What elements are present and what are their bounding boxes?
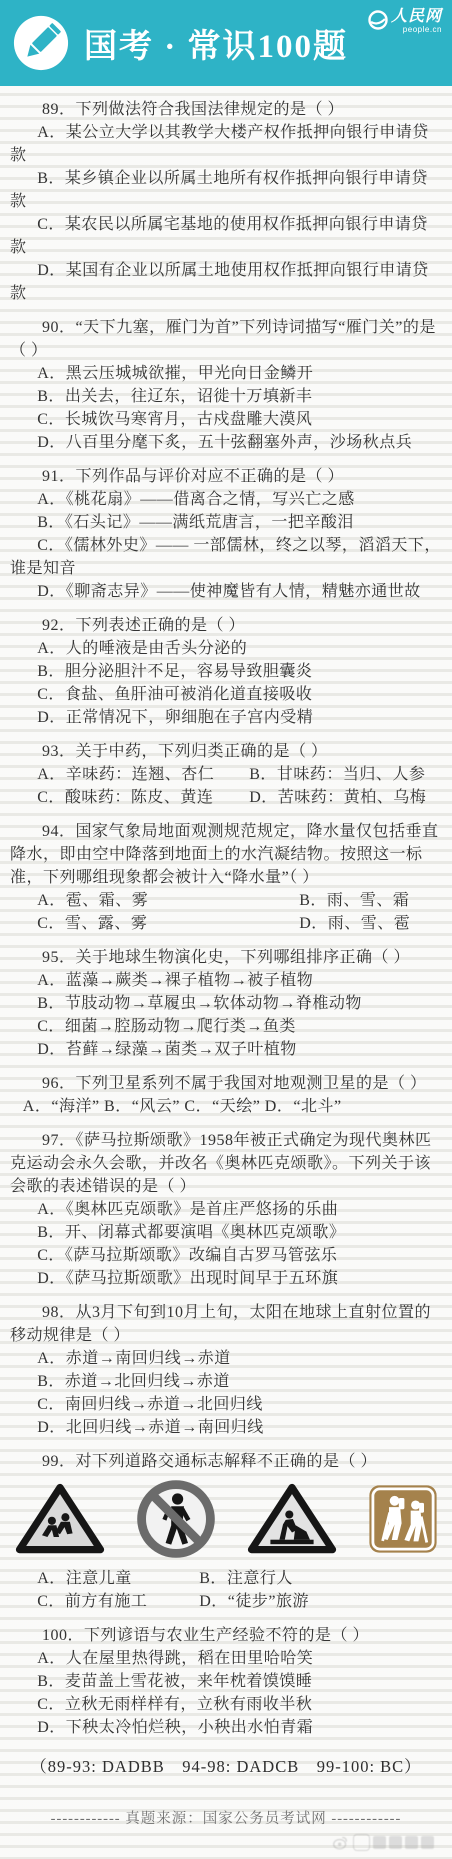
option: C．酸味药：陈皮、黄连 (37, 786, 249, 809)
question-96: 96．下列卫星系列不属于我国对地观测卫星的是（ ）A．“海洋” B．“风云” C… (10, 1072, 442, 1118)
option: A．某公立大学以其教学大楼产权作抵押向银行申请贷款 (10, 121, 442, 167)
option: B．某乡镇企业以所属土地所有权作抵押向银行申请贷款 (10, 167, 442, 213)
question-stem: 94．国家气象局地面观测规范规定，降水量仅包括垂直降水，即由空中降落到地面上的水… (10, 820, 442, 889)
page-title: 国考 · 常识100题 (84, 20, 348, 67)
option: A．赤道→南回归线→赤道 (10, 1347, 442, 1370)
pencil-icon (12, 14, 70, 72)
option: B．雨、雪、霜 (299, 892, 409, 909)
question-stem: 92．下列表述正确的是（ ） (10, 614, 442, 637)
option-row: C．雪、露、雾D．雨、雪、雹 (10, 912, 442, 935)
quiz-body: 89．下列做法符合我国法律规定的是（ ）A．某公立大学以其教学大楼产权作抵押向银… (0, 86, 452, 1859)
option: D．“徒步”旅游 (199, 1593, 309, 1610)
question-stem: 99．对下列道路交通标志解释不正确的是（ ） (10, 1450, 442, 1473)
options-inline: A．“海洋” B．“风云” C．“天绘” D．“北斗” (10, 1095, 442, 1118)
question-99: 99．对下列道路交通标志解释不正确的是（ ） (10, 1450, 442, 1613)
option: C．雪、露、雾 (37, 912, 299, 935)
question-stem: 89．下列做法符合我国法律规定的是（ ） (10, 98, 442, 121)
source-line: ------------ 真题来源：国家公务员考试网 ------------ (10, 1807, 442, 1828)
option-row: A．辛味药：连翘、杏仁B．甘味药：当归、人参 (10, 763, 442, 786)
question-93: 93．关于中药，下列归类正确的是（ ）A．辛味药：连翘、杏仁B．甘味药：当归、人… (10, 740, 442, 809)
watermark-glyph (389, 1836, 402, 1849)
option: A．蓝藻→蕨类→裸子植物→被子植物 (10, 969, 442, 992)
watermark-glyph (405, 1836, 418, 1849)
option: A．人的唾液是由舌头分泌的 (10, 637, 442, 660)
option: A．注意儿童 (37, 1567, 199, 1590)
option: B．出关去，往辽东，诏徙十万填新丰 (10, 385, 442, 408)
option: A．人在屋里热得跳，稻在田里哈哈笑 (10, 1647, 442, 1670)
option: C．前方有施工 (37, 1590, 199, 1613)
watermark-glyph (373, 1836, 386, 1849)
option: A．《桃花扇》——借离合之情，写兴亡之感 (10, 488, 442, 511)
option: C．《萨马拉斯颂歌》改编自古罗马管弦乐 (10, 1244, 442, 1267)
question-stem: 90．“天下九塞，雁门为首”下列诗词描写“雁门关”的是（ ） (10, 316, 442, 362)
option: C．细菌→腔肠动物→爬行类→鱼类 (10, 1015, 442, 1038)
question-stem: 91．下列作品与评价对应不正确的是（ ） (10, 465, 442, 488)
option-row: C．酸味药：陈皮、黄连D．苦味药：黄柏、乌梅 (10, 786, 442, 809)
question-list: 89．下列做法符合我国法律规定的是（ ）A．某公立大学以其教学大楼产权作抵押向银… (10, 98, 442, 1739)
option: A．辛味药：连翘、杏仁 (37, 763, 249, 786)
option: B．《石头记》——满纸荒唐言，一把辛酸泪 (10, 511, 442, 534)
question-97: 97．《萨马拉斯颂歌》1958年被正式确定为现代奥林匹克运动会永久会歌，并改名《… (10, 1129, 442, 1290)
question-stem: 93．关于中药，下列归类正确的是（ ） (10, 740, 442, 763)
question-98: 98．从3月下旬到10月上旬，太阳在地球上直射位置的移动规律是（ ）A．赤道→南… (10, 1301, 442, 1439)
question-stem: 100．下列谚语与农业生产经验不符的是（ ） (10, 1624, 442, 1647)
question-stem: 95．关于地球生物演化史，下列哪组排序正确（ ） (10, 946, 442, 969)
peoples-daily-logo: 人民网 people.cn (368, 9, 442, 34)
option: D．雨、雪、雹 (299, 915, 410, 932)
option-row: C．前方有施工D．“徒步”旅游 (10, 1590, 442, 1613)
option: B．赤道→北回归线→赤道 (10, 1370, 442, 1393)
road-work-sign-icon (246, 1483, 338, 1555)
question-stem: 96．下列卫星系列不属于我国对地观测卫星的是（ ） (10, 1072, 442, 1095)
option: D．苔藓→绿藻→菌类→双子叶植物 (10, 1038, 442, 1061)
traffic-signs-row (10, 1473, 442, 1567)
question-92: 92．下列表述正确的是（ ）A．人的唾液是由舌头分泌的B．胆分泌胆汁不足，容易导… (10, 614, 442, 729)
option: D．正常情况下，卵细胞在子宫内受精 (10, 706, 442, 729)
option: B．甘味药：当归、人参 (249, 766, 425, 783)
weibo-watermark (10, 1828, 442, 1859)
option: D．下秧太冷怕烂秧，小秧出水怕青霜 (10, 1716, 442, 1739)
option: B．注意行人 (199, 1570, 293, 1587)
option: D．《聊斋志异》——使神魔皆有人情，精魅亦通世故 (10, 580, 442, 603)
question-95: 95．关于地球生物演化史，下列哪组排序正确（ ）A．蓝藻→蕨类→裸子植物→被子植… (10, 946, 442, 1061)
option: D．北回归线→赤道→南回归线 (10, 1416, 442, 1439)
option: B．胆分泌胆汁不足，容易导致胆囊炎 (10, 660, 442, 683)
header-banner: 国考 · 常识100题 人民网 people.cn (0, 0, 452, 86)
option-row: A．注意儿童B．注意行人 (10, 1567, 442, 1590)
no-pedestrians-sign-icon (136, 1479, 216, 1559)
answer-key: （89-93: DADBB 94-98: DADCB 99-100: BC） (10, 1753, 442, 1777)
option: C．《儒林外史》—— 一部儒林，终之以琴，滔滔天下，谁是知音 (10, 534, 442, 580)
option: D．苦味药：黄柏、乌梅 (249, 789, 426, 806)
option: C．长城饮马寒宵月，古戍盘雕大漠风 (10, 408, 442, 431)
watermark-badge (353, 1834, 370, 1851)
option: D．《萨马拉斯颂歌》出现时间早于五环旗 (10, 1267, 442, 1290)
logo-name: 人民网 (391, 9, 442, 25)
option: A．黑云压城城欲摧，甲光向日金鳞开 (10, 362, 442, 385)
hiking-trail-sign-icon (368, 1484, 438, 1554)
option: C．食盐、鱼肝油可被消化道直接吸收 (10, 683, 442, 706)
option: A．《奥林匹克颂歌》是首庄严悠扬的乐曲 (10, 1198, 442, 1221)
question-90: 90．“天下九塞，雁门为首”下列诗词描写“雁门关”的是（ ）A．黑云压城城欲摧，… (10, 316, 442, 454)
weibo-icon (332, 1834, 349, 1851)
question-91: 91．下列作品与评价对应不正确的是（ ）A．《桃花扇》——借离合之情，写兴亡之感… (10, 465, 442, 603)
option: C．南回归线→赤道→北回归线 (10, 1393, 442, 1416)
question-100: 100．下列谚语与农业生产经验不符的是（ ）A．人在屋里热得跳，稻在田里哈哈笑B… (10, 1624, 442, 1739)
option: D．某国有企业以所属土地使用权作抵押向银行申请贷款 (10, 259, 442, 305)
question-89: 89．下列做法符合我国法律规定的是（ ）A．某公立大学以其教学大楼产权作抵押向银… (10, 98, 442, 305)
option: A．雹、霜、雾 (37, 889, 299, 912)
children-crossing-sign-icon (14, 1483, 106, 1555)
question-stem: 98．从3月下旬到10月上旬，太阳在地球上直射位置的移动规律是（ ） (10, 1301, 442, 1347)
question-94: 94．国家气象局地面观测规范规定，降水量仅包括垂直降水，即由空中降落到地面上的水… (10, 820, 442, 935)
option: B．节肢动物→草履虫→软体动物→脊椎动物 (10, 992, 442, 1015)
option: D．八百里分麾下炙，五十弦翻塞外声，沙场秋点兵 (10, 431, 442, 454)
watermark-glyph (421, 1836, 434, 1849)
option: C．立秋无雨样样有，立秋有雨收半秋 (10, 1693, 442, 1716)
option-row: A．雹、霜、雾B．雨、雪、霜 (10, 889, 442, 912)
logo-domain: people.cn (403, 26, 442, 34)
option: B．开、闭幕式都要演唱《奥林匹克颂歌》 (10, 1221, 442, 1244)
option: C．某农民以所属宅基地的使用权作抵押向银行申请贷款 (10, 213, 442, 259)
globe-icon (368, 10, 388, 30)
question-stem: 97．《萨马拉斯颂歌》1958年被正式确定为现代奥林匹克运动会永久会歌，并改名《… (10, 1129, 442, 1198)
option: B．麦苗盖上雪花被，来年枕着馍馍睡 (10, 1670, 442, 1693)
